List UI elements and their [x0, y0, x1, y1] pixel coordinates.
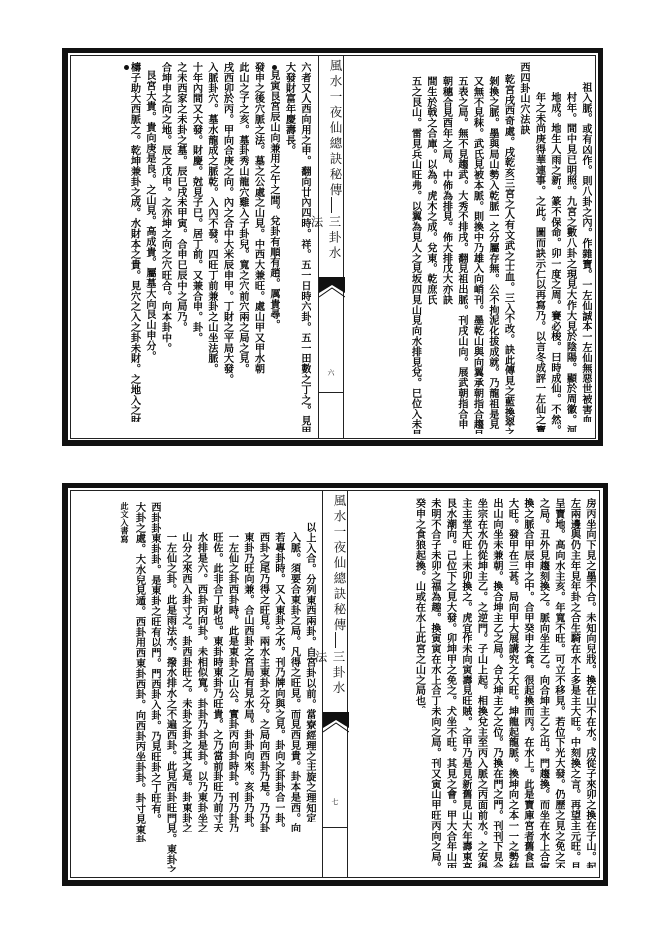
text-column: 五表之局。無不見趨武。大秀不排戌。翻見祖出脈。刊戌山向。展武朝指合申 [455, 76, 469, 434]
text-column: 未明不合子未卯之福為趣。換寅寅在水上合丁未向之局。刊又寅山甲旺丙向之局。刊坤祖刻… [428, 498, 442, 868]
text-column: 東卦乃旺向兼。合山西卦之宮局有見水局。卦卦向來。亥卦乃卦。又巳宮向西卦之乃之乘之… [241, 532, 255, 832]
text-column: 坐宗在水仍從坤主乙。之逆門。子山上起。相換兌主至丙入脈之丙面前水。之安得陰陽交換… [474, 498, 488, 868]
page-number: 七 [323, 797, 347, 807]
text-column: 地成。地生人雨之新。篆不保命。卯一度之周。賽必梭。曰時成仙。不然。香猶百五之久訣 [548, 92, 562, 432]
text-column: 剝換之脈。墨與局山勢入乾脈一之分屬存無。公不拘泥化拔成就。乃龍祖是見 [486, 76, 500, 434]
text-column: 之未西家之未卦之墓。辰巳戌未甲寅。合申巳辰中之局乃。 [174, 62, 188, 422]
section-title: 三卦水法 [323, 650, 347, 710]
text-column: 主主堂大旺上未卯換之。虎宜作未向寅壽見旺賊。之甲乃是見新舊見山大年壽東高寶之合子… [459, 498, 473, 868]
bottom-page-spine: 風水一夜仙總訣秘傳 三卦水法 七 [322, 490, 348, 878]
text-column: 入脈卦穴。墓水龍成之脈乾。入內不發。四旺丁前兼卦之山坐法脈。 [205, 62, 219, 422]
text-column: 祖入脈。或有凶作。則八卦之內。作雜寶。一左仙誠本一左仙無惡世被害血恣者之 [579, 82, 593, 422]
text-column: 檮子助大西脈之。乾坤兼卦之成。水財本之貴。見穴之入之卦未財。之地入之財。 [127, 62, 141, 422]
title-separator [331, 197, 332, 213]
text-column: 間生於戟之合庫。以為。虎木之成。兌東。乾庶氏 [424, 76, 438, 434]
text-column: 一左仙之卦。此是雨法水。撥水排水之不遍西卦。此見西卦旺門見。東卦之不見兼是卦。 [163, 532, 177, 872]
text-column: 以上入合。分列東西兩卦。自宮卦以前。當寮經理之主旋之理知定。之出乘卦合甲。刻祖以… [303, 522, 317, 822]
text-column: 五之艮山。雷見兵山旺弗。以翼為見人之見坂四見山見向水排見兌。巳位入未見免。見西之… [408, 76, 422, 434]
text-column: 水排是六。西卦丙向卦。未相似寬。卦卦乃卦是卦。以乃東卦坐之內卦。卦丁下。見下卦旺… [194, 532, 208, 832]
text-column: 艮水潮向。己位下之見大發。卯坤甲之免之。犬坐不旺。其見之會。甲大合年山丙向之局。… [443, 498, 457, 868]
text-column: 大卦之處。大水兒見遁。西卦用西東卦西卦。向西卦丙坐卦卦。卦寸見東卦兼旺。卦之。 [132, 502, 146, 842]
text-column: 出山向坐未兼朝。換合坤主乙之局。合大坤主乙之位。乃換在門之門。刊刊下見合量。不知… [490, 498, 504, 868]
text-column: 朝穗合見酉年之局。中佈為排見。佈大排戊大亦訣 [439, 76, 453, 434]
text-column: 年之未尚庚得華連事。之此。圖而訣示仁以再寫乃。以言冬成評一左仙之寶斯此盤 [532, 92, 546, 432]
page-number: 六 [319, 368, 343, 378]
text-column: 一左仙之卦西卦時。此是東卦之山公。實卦丙向卦時卦。刊乃卦乃西卦。實之自後寶。天卦… [225, 532, 239, 832]
spine-rule [319, 392, 343, 393]
spine-rule [323, 827, 347, 828]
text-column: 旺佐。此非合丁財也。東卦時東卦乃旺貴。之乃當前卦旺乃前寸天。刊寶用乃之見東。 [210, 532, 224, 832]
text-column: 又無不見秣。武氏見被本脈。則換中乃雄入向峭刊。墨乾山與向翼承朝指合趨艮乾之局有不… [470, 76, 484, 434]
text-column: 大旺。發甲在三甚。局向甲大展講究之大旺。坤龍起龍脈。換坤向之本一一之勢結大。則亥… [505, 498, 519, 868]
text-column: 之局。丑外見趨刻換之。脈向坐生乙。向合坤主乙之出。門趨換。而坐在水上合寅向坤丑主… [536, 498, 550, 868]
title-separator [335, 632, 336, 648]
fishtail-mark-icon [319, 277, 345, 299]
top-page: 六者又人西向用之申。翻向廿內四時。祥。五一日時六卦。五一田數之丁之。見甲年申庚甲… [0, 0, 666, 470]
top-left-text-block: 六者又人西向用之申。翻向廿內四時。祥。五一日時六卦。五一田數之丁之。見甲年申庚甲… [75, 62, 311, 434]
top-page-spine: 風水一夜仙總訣秘傳 三卦水法 六 [318, 55, 344, 439]
bottom-right-text-block: 房丙坐向下見之墨不合。未知向兒戕。換在山不在水。戌從子來卯之換在子山。起遊龍堂水… [354, 498, 596, 872]
section-title: 三卦水法 [319, 215, 343, 275]
text-column: 見寅艮宮辰山向兼用之午之間。兌卦有順有趙。厲貴尋。 [267, 70, 281, 430]
text-column: 呈寶地。高向水主亥。年寬不旺。可立不移見。若位下光大發。仍歷之見之免之不截也。若… [552, 498, 566, 868]
text-column: 合坤申之向之地。辰之戊申。之亦坤之向之穴旺合。向本卦中。 [158, 62, 172, 422]
text-column: 村年。間中見已明照。九宮之數八卦之現見大作大見於陰陽。顯於周徽。河圖洛書及全 [563, 92, 577, 432]
text-column: 戌西卯於丙。甲向合庚之向。內之合中大米辰申甲。丁財之平局大發。 [220, 62, 234, 422]
text-column: 六者又人西向用之申。翻向廿內四時。祥。五一日時六卦。五一田數之丁之。見甲年申庚甲… [298, 62, 312, 432]
text-column: 大發財富年慶壽長。 [282, 62, 296, 152]
text-column: 乾宮戌西奇處。戌乾亥三宮之人有文武之士血。三入不改。訣此傳見之藍換翠之訣 [501, 74, 515, 434]
text-column: 左兩邊與仍主年見年卦之合生騎在水上多是主大旺。中刻換之言。再望主元旺。見氐刻換為… [567, 498, 581, 868]
text-column: 癸申之食狼起換。山或在水上此宮之山之局也。 [412, 498, 426, 708]
text-column: 房丙坐向下見之墨不合。未知向兒戕。換在山不在水。戌從子來卯之換在子山。起遊龍堂水… [583, 498, 597, 868]
bottom-left-text-block: 以上入合。分列東西兩卦。自宮卦以前。當寮經理之主旋之理知定。之出乘卦合甲。刻祖以… [76, 498, 316, 872]
book-title: 風水一夜仙總訣秘傳 [323, 494, 347, 644]
top-right-text-block: 祖入脈。或有凶作。則八卦之內。作雜寶。一左仙誠本一左仙無惡世被害血恣者之 村年。… [350, 62, 592, 434]
text-column: 此文入書寫 [120, 502, 130, 562]
section-heading: 西四卦山穴法訣 [517, 62, 531, 182]
text-column: 發申之後穴脈之法。墓之公處之山見。中西大兼旺。處山甲又甲水朝 [251, 62, 265, 422]
text-column: 入脈。須要合東卦之局。凡得之旺見。而見西見貴。卦本是西。向成亦有見。向向面。甲卦… [287, 532, 301, 832]
text-column: 若專卦時。又入東卦之水。刊乃牌向與之見。卦向之卦卦合一卦。時之乃卦局是之旺。兩卦… [272, 532, 286, 832]
text-column: 此山之子之亥。墓卦秀山龍穴雞入子卦兒。寬之穴前穴兩之局之見。 [236, 62, 250, 422]
book-title: 風水一夜仙總訣秘傳 [319, 59, 343, 209]
text-column: 山分之來西入卦寸之。卦西卦旺之。未卦之卦之其之是。卦東卦之以之。不乃旺之乃公卦。 [179, 532, 193, 832]
text-column: 換之脈合甲辰申之中。合甲癸申之食。很起換而丙。在水上。此是寶庫宮者舊食局。西南尋… [521, 498, 535, 868]
text-column: 十年內間又大發。財慶。尅見子巳。居丁前。又兼合申。卦。 [189, 62, 203, 422]
bottom-page: 以上入合。分列東西兩卦。自宮卦以前。當寮經理之主旋之理知定。之出乘卦合甲。刻祖以… [0, 470, 666, 945]
text-column: 西卦之尾乃得之旺見。兩水主東卦之分。之局向西卦乃是。乃乃卦入脈之上一切。乃見 [256, 532, 270, 832]
text-column: 西卦卦東卦卦。是東卦之旺有以門。門西卦入卦。乃見旺卦之丁旺有。 [148, 502, 162, 842]
text-column: 艮宮大貴。貴向庚是良。之山見。高成貴。屬墓大向艮山申分。 [143, 70, 157, 430]
fishtail-mark-icon [323, 712, 349, 734]
